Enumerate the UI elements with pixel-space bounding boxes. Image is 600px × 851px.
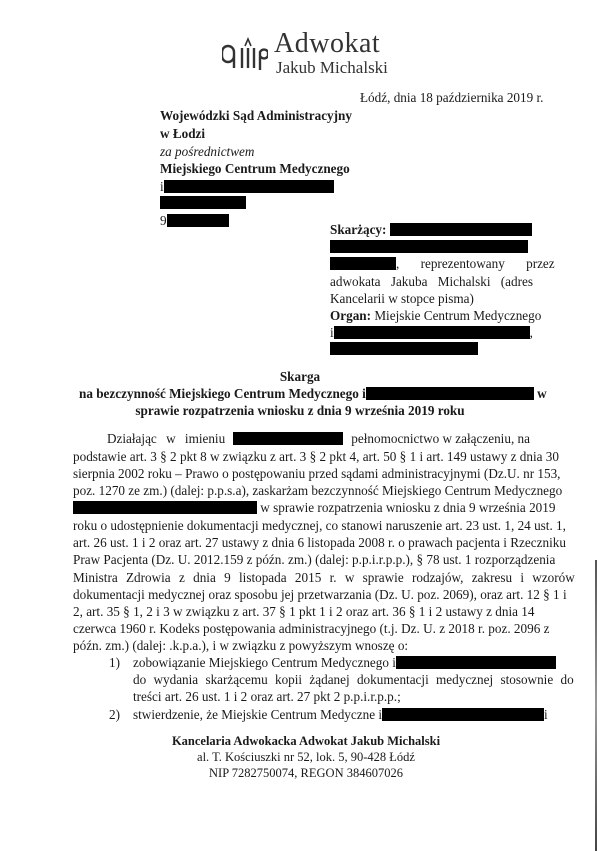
letterhead-title: Adwokat xyxy=(274,30,388,58)
redaction xyxy=(366,387,534,400)
organ-address-1: i, xyxy=(330,324,533,342)
via-label: za pośrednictwem xyxy=(160,143,254,161)
body-line-4: poz. 1270 ze zm.) (dalej: p.p.s.a), zask… xyxy=(73,482,562,500)
body-line-11: 2, art. 35 § 1, 2 i 3 w związku z art. 3… xyxy=(73,603,534,621)
place-date: Łódź, dnia 18 października 2019 r. xyxy=(360,89,543,107)
body-line-2: podstawie art. 3 § 2 pkt 8 w związku z a… xyxy=(73,448,559,466)
redaction xyxy=(73,501,257,514)
heading-title: Skarga xyxy=(0,368,600,386)
heading-line-3: sprawie rozpatrzenia wniosku z dnia 9 wr… xyxy=(0,402,600,420)
body-line-5: w sprawie rozpatrzenia wniosku z dnia 9 … xyxy=(73,499,555,517)
address-line-2 xyxy=(160,194,246,212)
body-line-13: późn. zm.) (dalej: .k.p.a.), i w związku… xyxy=(73,637,408,655)
body-line-8: Praw Pacjenta (Dz. U. 2012.159 z późn. z… xyxy=(73,551,555,569)
body-line-7: art. 26 ust. 1 i 2 oraz art. 27 ustawy z… xyxy=(73,534,566,552)
request-number: 1) xyxy=(109,654,120,672)
complainant-label: Skarżący: xyxy=(330,222,386,237)
redaction xyxy=(390,223,532,236)
redaction xyxy=(167,214,229,227)
redaction xyxy=(330,257,396,270)
redaction xyxy=(164,180,334,193)
scan-edge xyxy=(595,560,597,851)
footer-address: al. T. Kościuszki nr 52, lok. 5, 90-428 … xyxy=(0,749,600,765)
redaction xyxy=(233,432,343,445)
organ-label: Organ: xyxy=(330,308,371,323)
redaction xyxy=(330,342,478,355)
adwokat-logo-icon xyxy=(222,36,268,70)
redaction xyxy=(396,656,556,669)
represented-line: , reprezentowany przez xyxy=(330,255,530,273)
body-line-9: Ministra Zdrowia z dnia 9 listopada 2015… xyxy=(73,569,575,587)
complainant-address xyxy=(330,238,528,256)
letterhead-subtitle: Jakub Michalski xyxy=(276,59,388,76)
redaction xyxy=(160,196,246,209)
address-line-1: i xyxy=(160,178,334,196)
address-line-3: 9 xyxy=(160,212,229,230)
redaction xyxy=(334,326,530,339)
office-line: Kancelarii w stopce pisma) xyxy=(330,290,474,308)
request-number: 2) xyxy=(109,706,120,724)
body-line-10: dokumentacji medycznej oraz sposobu jej … xyxy=(73,586,567,604)
request-line-3: treści art. 26 ust. 1 i 2 oraz art. 27 p… xyxy=(133,688,401,706)
body-line-6: roku o udostępnienie dokumentacji medycz… xyxy=(73,517,566,535)
redaction xyxy=(330,240,528,253)
body-line-1: Działając w imieniu pełnomocnictwo w zał… xyxy=(107,430,530,448)
court-name: Wojewódzki Sąd Administracyjny xyxy=(160,107,352,125)
court-city: w Łodzi xyxy=(160,125,205,143)
request-line-1: stwierdzenie, że Miejskie Centrum Medycz… xyxy=(133,706,548,724)
complainant-line: Skarżący: xyxy=(330,221,532,239)
heading-line-2: na bezczynność Miejskiego Centrum Medycz… xyxy=(79,385,547,403)
footer-firm: Kancelaria Adwokacka Adwokat Jakub Micha… xyxy=(0,733,600,751)
body-line-3: sierpnia 2002 roku – Prawo o postępowani… xyxy=(73,465,560,483)
letterhead: Adwokat Jakub Michalski xyxy=(222,30,388,76)
request-line-1: zobowiązanie Miejskiego Centrum Medyczne… xyxy=(133,654,556,672)
organ-value: Miejskie Centrum Medycznego xyxy=(374,308,541,323)
organ-address-2 xyxy=(330,340,478,358)
body-line-12: czerwca 1960 r. Kodeks postępowania admi… xyxy=(73,620,549,638)
request-line-2: do wydania skarżącemu kopii żądanej doku… xyxy=(133,671,574,689)
organ-line: Organ: Miejskie Centrum Medycznego xyxy=(330,307,541,325)
redaction xyxy=(382,708,544,721)
via-institution: Miejskiego Centrum Medycznego xyxy=(160,160,350,178)
advocate-line: adwokata Jakuba Michalski (adres xyxy=(330,273,533,291)
footer-ids: NIP 7282750074, REGON 384607026 xyxy=(0,765,600,781)
